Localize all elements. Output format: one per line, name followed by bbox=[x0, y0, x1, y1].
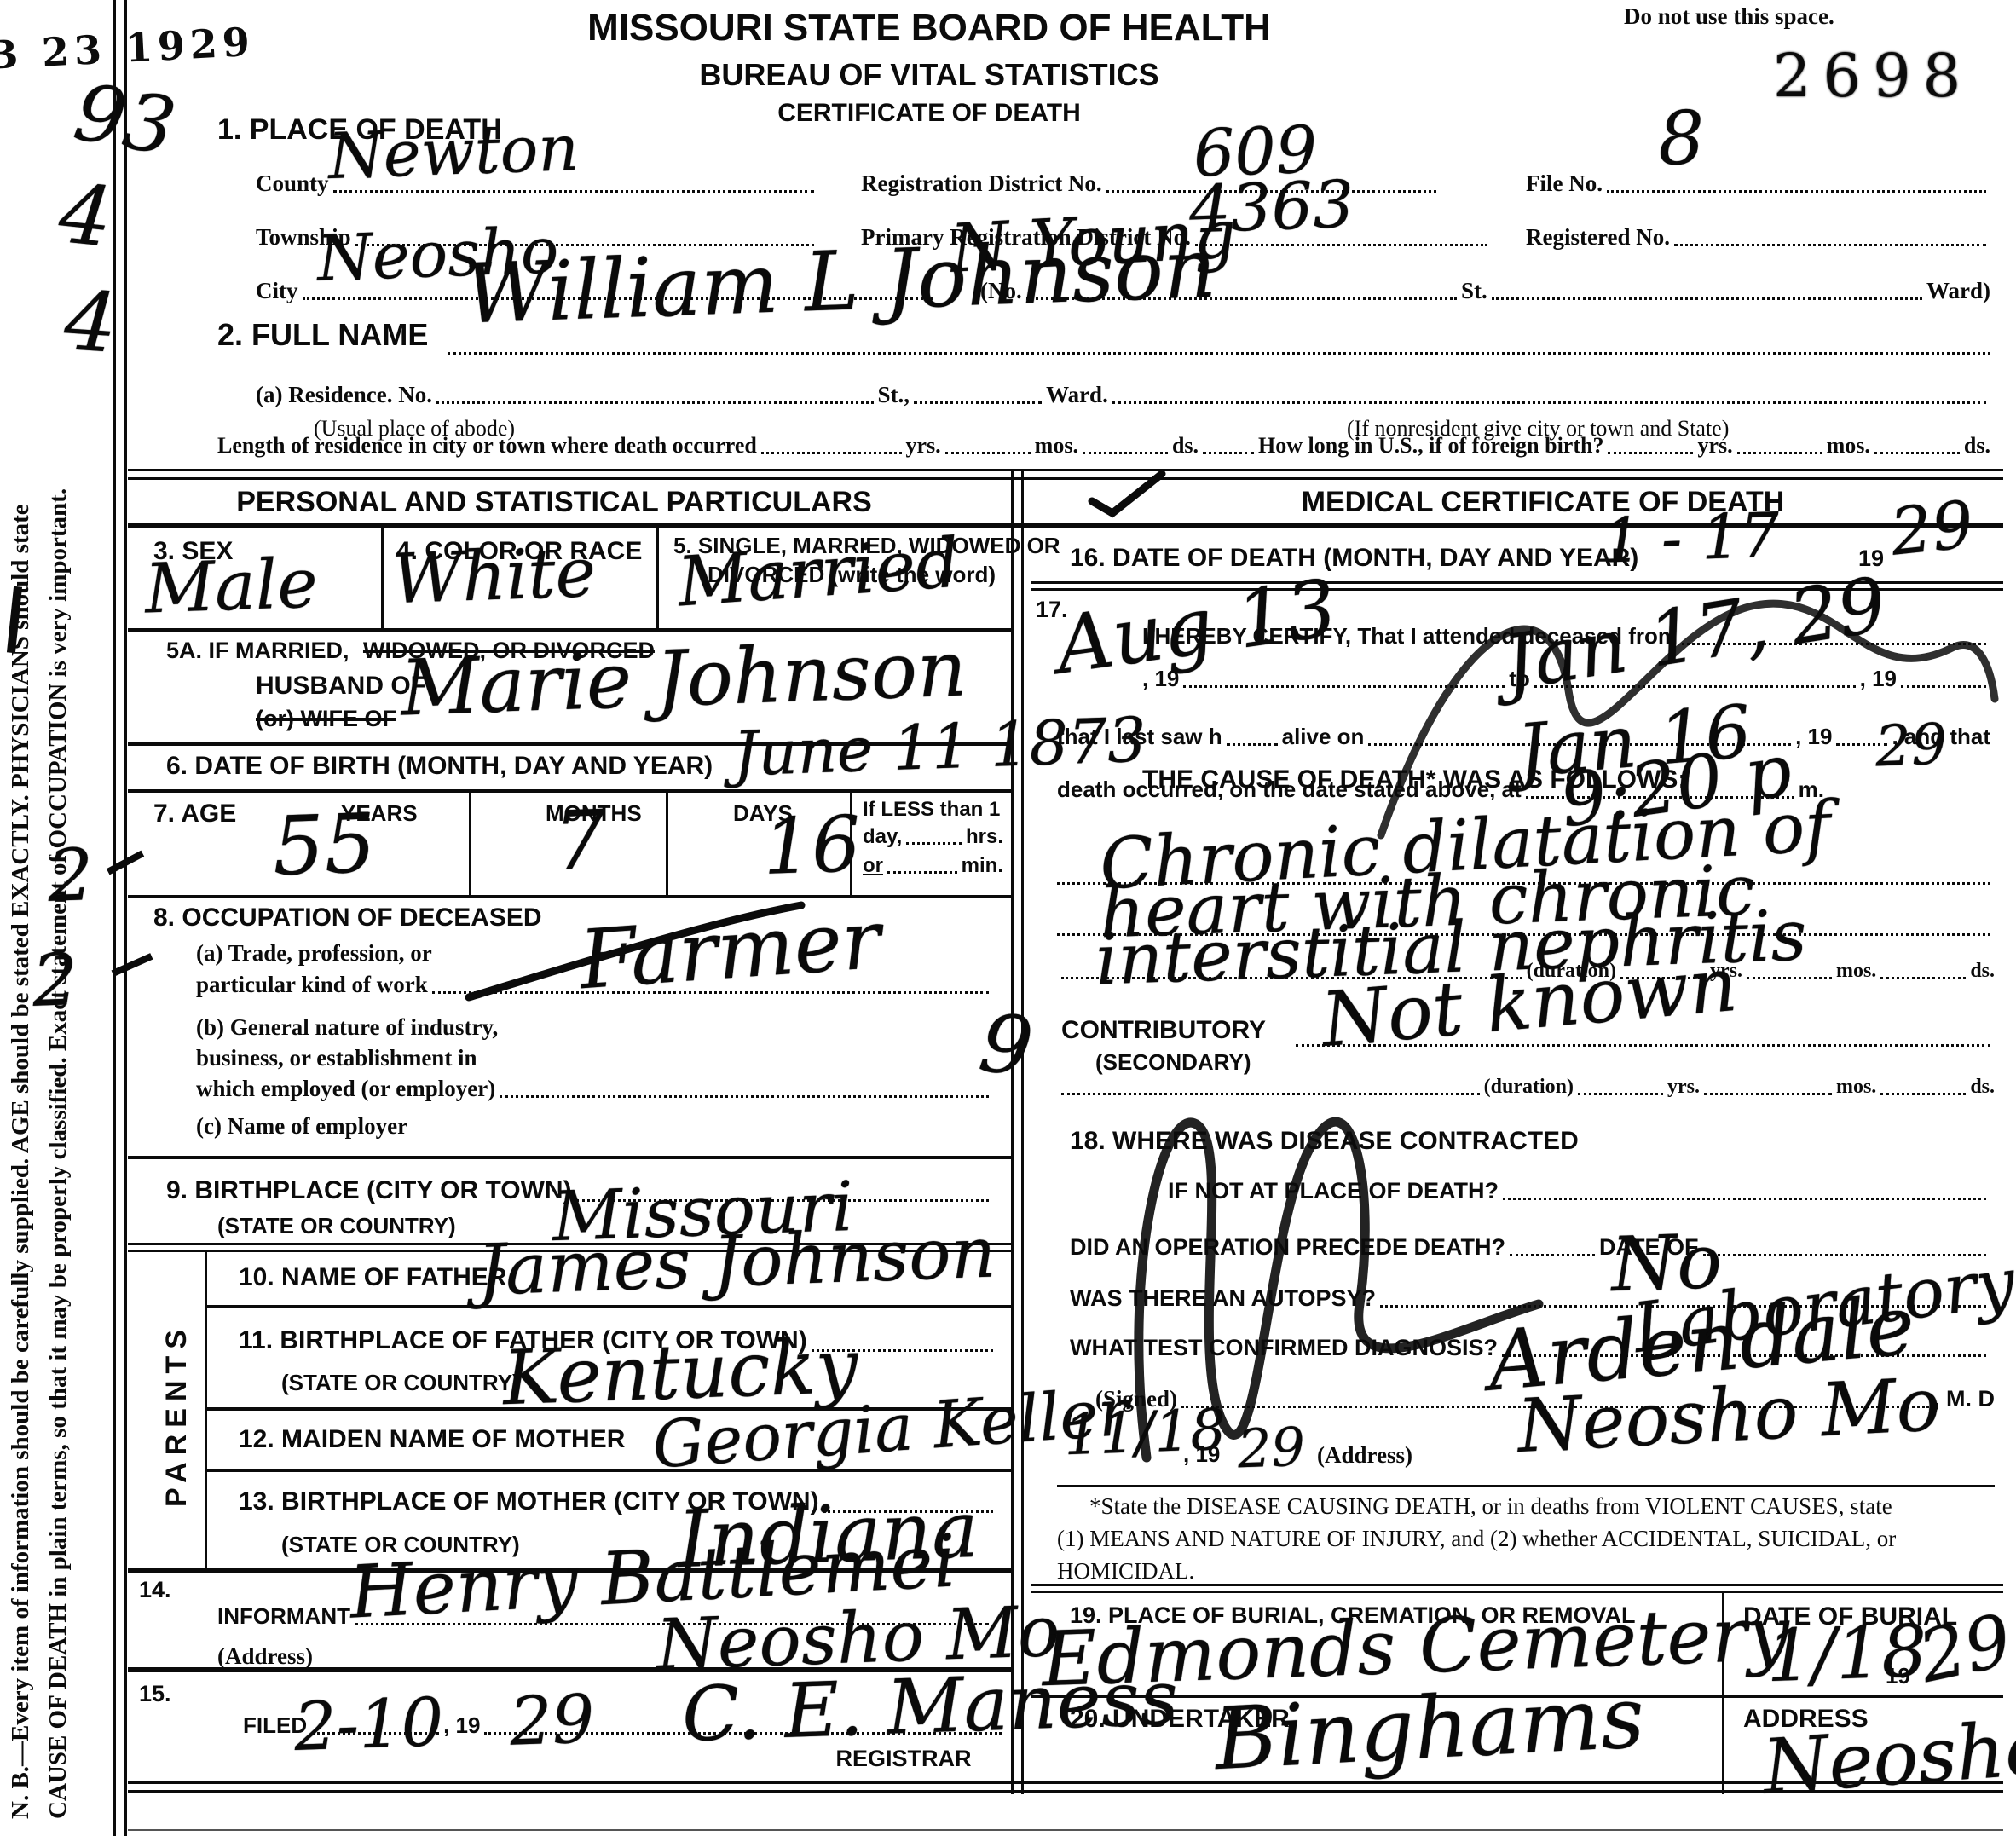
ds-label: ds. bbox=[1970, 960, 1995, 984]
date-of-death-value: 1 - 17 bbox=[1602, 504, 1781, 571]
pen-stroke bbox=[460, 895, 810, 1006]
yrs-label: yrs. bbox=[906, 433, 941, 459]
dotted-rule bbox=[761, 451, 902, 454]
filed-no: 15. bbox=[139, 1681, 171, 1707]
st-label: St. bbox=[1461, 278, 1487, 304]
file-no-label: File No. bbox=[1526, 170, 1603, 197]
burial-year-value: 29 bbox=[1913, 1604, 2016, 1693]
undertaker-signature: Binghams bbox=[1213, 1675, 1647, 1782]
footnote-line2: (1) MEANS AND NATURE OF INJURY, and (2) … bbox=[1057, 1526, 1896, 1552]
bottom-border bbox=[128, 1781, 2003, 1784]
row-divider bbox=[1031, 1584, 2003, 1586]
registration-district-label: Registration District No. bbox=[861, 170, 1102, 197]
mos-label: mos. bbox=[1836, 1076, 1876, 1100]
residence-st-label: St., bbox=[878, 382, 910, 408]
handwritten-mark: 4 bbox=[62, 280, 120, 365]
death-certificate-scan: B 23 1929 N. B.—Every item of informatio… bbox=[0, 0, 2016, 1836]
form-header: MISSOURI STATE BOARD OF HEALTH BUREAU OF… bbox=[426, 7, 1432, 128]
date-stamp: B 23 1929 bbox=[0, 19, 256, 79]
row-divider bbox=[128, 789, 1011, 793]
dotted-rule bbox=[1112, 401, 1986, 404]
divider bbox=[128, 469, 2003, 471]
filed-year-value: 29 bbox=[509, 1686, 596, 1755]
marital-value: Married bbox=[676, 529, 962, 617]
dotted-rule bbox=[1492, 297, 1922, 300]
dotted-rule bbox=[448, 351, 1990, 355]
certificate-number: 2698 bbox=[1773, 41, 1973, 111]
footnote-line1: *State the DISEASE CAUSING DEATH, or in … bbox=[1089, 1493, 1892, 1520]
dotted-rule bbox=[906, 841, 962, 845]
cell-divider bbox=[666, 793, 668, 895]
ds-label: ds. bbox=[1964, 433, 1990, 459]
signed-address-value: Neosho Mo bbox=[1516, 1368, 1942, 1464]
or-label: or bbox=[863, 854, 883, 878]
last-saw-label: that I last saw h bbox=[1057, 725, 1222, 750]
race-value: White bbox=[391, 539, 597, 614]
full-name-value: William L Johnson bbox=[464, 228, 1217, 336]
pen-flourish bbox=[1095, 1048, 1556, 1492]
age-years-value: 55 bbox=[271, 804, 377, 888]
informant-address-label: (Address) bbox=[217, 1643, 313, 1670]
cause-of-death-label: THE CAUSE OF DEATH* WAS AS FOLLOWS: bbox=[1142, 765, 1686, 795]
dotted-rule bbox=[1503, 1197, 1986, 1200]
dotted-rule bbox=[914, 401, 1042, 404]
occupation-a-label: (a) Trade, profession, or bbox=[196, 940, 432, 967]
age-months-value: 7 bbox=[552, 800, 607, 883]
cell-divider bbox=[656, 528, 659, 628]
file-no-field: File No. bbox=[1526, 170, 1990, 197]
age-days-value: 16 bbox=[761, 806, 862, 886]
row-divider bbox=[1722, 1695, 2003, 1698]
county-label: County bbox=[256, 170, 329, 197]
personal-heading: PERSONAL AND STATISTICAL PARTICULARS bbox=[213, 486, 895, 519]
dotted-rule bbox=[1704, 1092, 1832, 1095]
father-birthplace-sub-label: (STATE OR COUNTRY) bbox=[281, 1371, 520, 1396]
dotted-rule bbox=[945, 451, 1031, 454]
footnote-line3: HOMICIDAL. bbox=[1057, 1558, 1194, 1585]
dotted-rule bbox=[1880, 976, 1966, 979]
row-divider bbox=[205, 1305, 1011, 1308]
mos-label: mos. bbox=[1827, 433, 1870, 459]
occupation-b-label3: which employed (or employer) bbox=[196, 1076, 495, 1102]
dotted-rule bbox=[500, 1094, 989, 1098]
dotted-rule bbox=[1203, 451, 1254, 454]
bureau-title: BUREAU OF VITAL STATISTICS bbox=[426, 57, 1432, 92]
dotted-rule bbox=[1227, 742, 1278, 746]
file-no-value: 8 bbox=[1657, 101, 1707, 176]
filed-date-value: 2-10 bbox=[293, 1689, 445, 1761]
parents-label: PARENTS bbox=[160, 1323, 194, 1507]
pen-stroke bbox=[112, 953, 153, 977]
dotted-rule bbox=[1083, 451, 1168, 454]
sex-value: Male bbox=[144, 549, 319, 623]
check-mark bbox=[1087, 467, 1168, 518]
less-min-line: or min. bbox=[863, 854, 1003, 878]
occupation-c-label: (c) Name of employer bbox=[196, 1113, 407, 1140]
handwritten-mark: 4 bbox=[55, 172, 116, 259]
alive-on-label: alive on bbox=[1282, 725, 1365, 750]
dotted-rule bbox=[1578, 1092, 1663, 1095]
next-record-edge bbox=[128, 1829, 2003, 1831]
informant-no: 14. bbox=[139, 1577, 171, 1603]
occupation-a-label2: particular kind of work bbox=[196, 972, 428, 998]
less-than-label: If LESS than 1 bbox=[863, 798, 1000, 822]
residence-label: (a) Residence. No. bbox=[256, 382, 432, 408]
mother-name-label: 12. MAIDEN NAME OF MOTHER bbox=[239, 1425, 625, 1455]
handwritten-mark: 2 bbox=[47, 839, 95, 912]
length-of-residence-field: Length of residence in city or town wher… bbox=[217, 433, 1990, 459]
dotted-rule bbox=[1674, 243, 1986, 246]
row-divider bbox=[205, 1469, 1011, 1472]
spouse-label: 5A. IF MARRIED, bbox=[166, 638, 349, 663]
row-divider bbox=[1031, 1591, 2003, 1593]
dotted-rule bbox=[1737, 451, 1822, 454]
yrs-label: yrs. bbox=[1667, 1076, 1700, 1100]
divider bbox=[128, 477, 2003, 480]
county-value: Newton bbox=[327, 117, 580, 188]
contributory-label: CONTRIBUTORY bbox=[1061, 1016, 1266, 1046]
residence-ward-label: Ward. bbox=[1046, 382, 1108, 408]
form-border bbox=[124, 0, 127, 1836]
burial-year-prefix: 19 bbox=[1886, 1664, 1910, 1689]
filed-year-prefix: , 19 bbox=[443, 1713, 480, 1739]
board-title: MISSOURI STATE BOARD OF HEALTH bbox=[426, 7, 1432, 50]
ward-label: Ward) bbox=[1926, 278, 1990, 304]
dotted-rule bbox=[1874, 451, 1960, 454]
birthplace-sub-label: (STATE OR COUNTRY) bbox=[217, 1214, 456, 1239]
residence-field: (a) Residence. No. St., Ward. bbox=[256, 382, 1990, 408]
hrs-label: hrs. bbox=[966, 825, 1003, 849]
wife-of-label-struck: (or) WIFE OF bbox=[256, 706, 396, 732]
dotted-rule bbox=[887, 870, 957, 874]
date-of-death-year-value: 29 bbox=[1887, 492, 1976, 565]
margin-note-inner: CAUSE OF DEATH in plain terms, so that i… bbox=[44, 488, 72, 1819]
registration-district-field: Registration District No. bbox=[861, 170, 1441, 197]
day-label: day, bbox=[863, 825, 902, 849]
age-label: 7. AGE bbox=[153, 800, 236, 829]
ds-label: ds. bbox=[1172, 433, 1199, 459]
occupation-b-line: which employed (or employer) bbox=[196, 1076, 993, 1102]
dotted-rule bbox=[436, 401, 874, 404]
form-border bbox=[113, 0, 116, 1836]
yrs-label: yrs. bbox=[1697, 433, 1732, 459]
bottom-border bbox=[128, 1790, 2003, 1793]
cell-divider bbox=[469, 793, 471, 895]
father-name-value: James Johnson bbox=[477, 1218, 997, 1306]
do-not-use-note: Do not use this space. bbox=[1624, 3, 1834, 30]
medical-heading: MEDICAL CERTIFICATE OF DEATH bbox=[1185, 486, 1901, 519]
occupation-b-label2: business, or establishment in bbox=[196, 1045, 477, 1071]
mos-label: mos. bbox=[1035, 433, 1078, 459]
handwritten-mark: 2 bbox=[32, 944, 79, 1017]
md-label: , M. D bbox=[1933, 1386, 1995, 1412]
dotted-rule bbox=[1880, 1092, 1966, 1095]
how-long-us-label: How long in U.S., if of foreign birth? bbox=[1258, 433, 1603, 459]
registrar-label: REGISTRAR bbox=[801, 1746, 1006, 1772]
informant-label: INFORMANT bbox=[217, 1604, 350, 1630]
birthplace-label: 9. BIRTHPLACE (CITY OR TOWN) bbox=[166, 1176, 572, 1206]
mos-label: mos. bbox=[1836, 960, 1876, 984]
margin-note-outer: N. B.—Every item of information should b… bbox=[7, 504, 35, 1819]
cell-divider bbox=[381, 528, 384, 628]
dotted-rule bbox=[1608, 451, 1693, 454]
length-label: Length of residence in city or town wher… bbox=[217, 433, 757, 459]
dotted-rule bbox=[1607, 189, 1986, 193]
city-label: City bbox=[256, 278, 298, 304]
less-hrs-line: day, hrs. bbox=[863, 825, 1003, 849]
occupation-b-label: (b) General nature of industry, bbox=[196, 1014, 498, 1041]
min-label: min. bbox=[962, 854, 1003, 878]
dob-label: 6. DATE OF BIRTH (MONTH, DAY AND YEAR) bbox=[166, 752, 713, 782]
father-name-label: 10. NAME OF FATHER bbox=[239, 1263, 506, 1293]
ds-label: ds. bbox=[1970, 1076, 1995, 1100]
row-divider bbox=[128, 1156, 1011, 1159]
full-name-label: 2. FULL NAME bbox=[217, 317, 428, 352]
registered-no-label: Registered No. bbox=[1526, 224, 1670, 251]
registered-no-field: Registered No. bbox=[1526, 224, 1990, 251]
